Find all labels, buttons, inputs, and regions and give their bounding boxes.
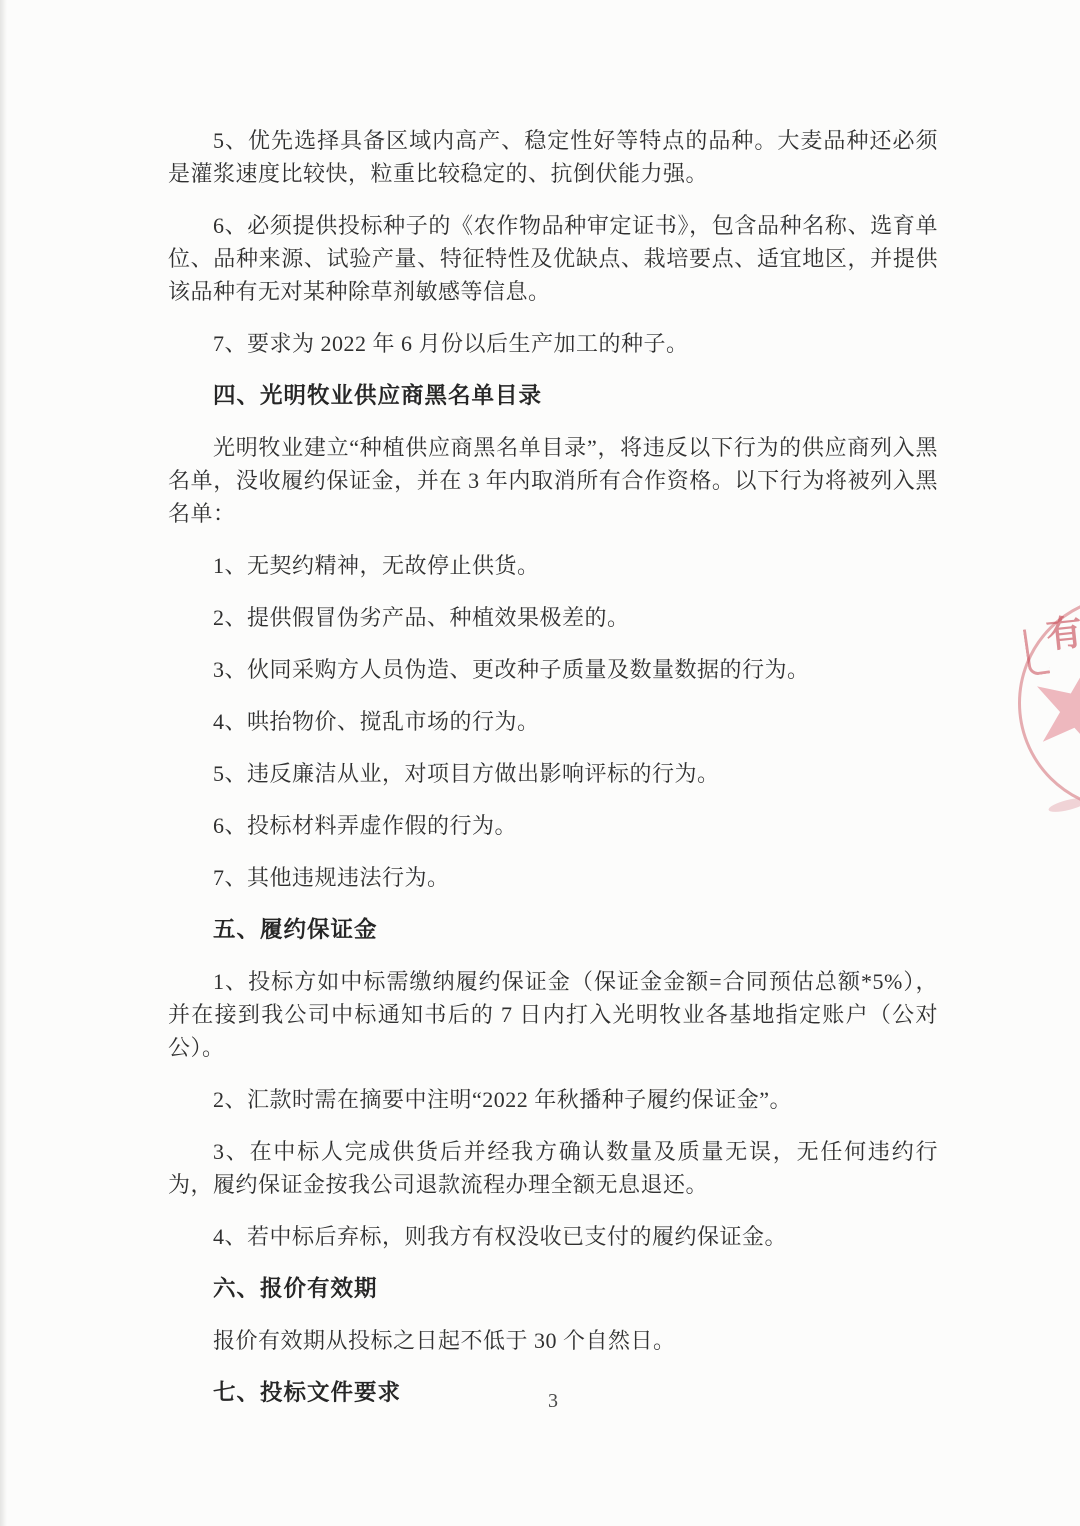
seal-bottom-arc (1047, 795, 1080, 814)
scan-edge-shadow (0, 0, 7, 1526)
section-heading-quote-validity: 六、报价有效期 (168, 1272, 938, 1305)
seal-ring-icon (1018, 595, 1080, 811)
bond-item-3: 3、在中标人完成供货后并经我方确认数量及质量无误，无任何违约行为，履约保证金按我… (168, 1135, 938, 1201)
list-item-seed-variety-priority: 5、优先选择具备区域内高产、稳定性好等特点的品种。大麦品种还必须是灌浆速度比较快… (168, 124, 938, 190)
seal-star-icon: ★ (1015, 638, 1080, 775)
section-heading-performance-bond: 五、履约保证金 (168, 913, 938, 946)
blacklist-item-6: 6、投标材料弄虚作假的行为。 (168, 809, 938, 842)
blacklist-item-1: 1、无契约精神，无故停止供货。 (168, 549, 938, 582)
paragraph-blacklist-intro: 光明牧业建立“种植供应商黑名单目录”，将违反以下行为的供应商列入黑名单，没收履约… (168, 431, 938, 530)
blacklist-item-7: 7、其他违规违法行为。 (168, 861, 938, 894)
seal-partial-stroke (1023, 627, 1050, 676)
list-item-production-date: 7、要求为 2022 年 6 月份以后生产加工的种子。 (168, 327, 938, 360)
document-page: 5、优先选择具备区域内高产、稳定性好等特点的品种。大麦品种还必须是灌浆速度比较快… (0, 0, 1080, 1526)
blacklist-item-5: 5、违反廉洁从业，对项目方做出影响评标的行为。 (168, 757, 938, 790)
seal-character: 有 (1043, 604, 1080, 658)
blacklist-item-3: 3、伙同采购方人员伪造、更改种子质量及数量数据的行为。 (168, 653, 938, 686)
paragraph-quote-validity: 报价有效期从投标之日起不低于 30 个自然日。 (168, 1324, 938, 1357)
bond-item-2: 2、汇款时需在摘要中注明“2022 年秋播种子履约保证金”。 (168, 1083, 938, 1116)
list-item-certificate-requirement: 6、必须提供投标种子的《农作物品种审定证书》，包含品种名称、选育单位、品种来源、… (168, 209, 938, 308)
blacklist-item-2: 2、提供假冒伪劣产品、种植效果极差的。 (168, 601, 938, 634)
blacklist-item-4: 4、哄抬物价、搅乱市场的行为。 (168, 705, 938, 738)
bond-item-1: 1、投标方如中标需缴纳履约保证金（保证金金额=合同预估总额*5%），并在接到我公… (168, 965, 938, 1064)
section-heading-blacklist: 四、光明牧业供应商黑名单目录 (168, 379, 938, 412)
bond-item-4: 4、若中标后弃标，则我方有权没收已支付的履约保证金。 (168, 1220, 938, 1253)
page-number: 3 (168, 1390, 938, 1413)
document-body: 5、优先选择具备区域内高产、稳定性好等特点的品种。大麦品种还必须是灌浆速度比较快… (168, 124, 938, 1428)
